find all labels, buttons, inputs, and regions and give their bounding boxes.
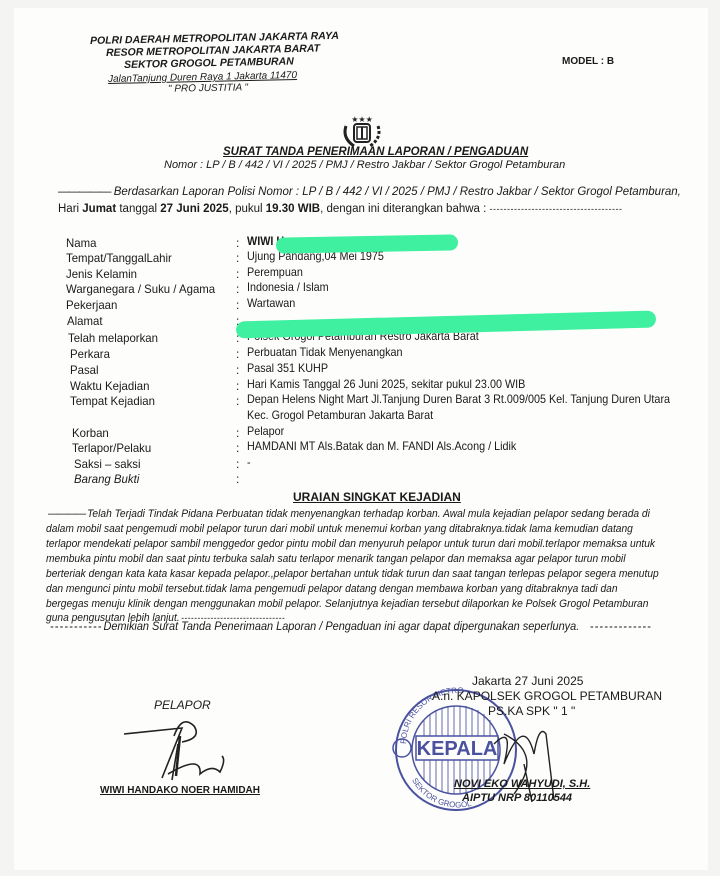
field-colon: : (236, 236, 239, 250)
signer-rank-nrp: AIPTU NRP 80110544 (462, 792, 572, 804)
field-label: Warganegara / Suku / Agama (66, 282, 215, 296)
pelapor-signature-icon (122, 716, 232, 786)
signer-role-1: A.n. KAPOLSEK GROGOL PETAMBURAN (432, 689, 662, 703)
pelapor-name: WIWI HANDAKO NOER HAMIDAH (100, 785, 260, 796)
field-label: Jenis Kelamin (66, 267, 137, 281)
field-value: Pelapor (247, 424, 284, 438)
field-value: Indonesia / Islam (247, 280, 329, 294)
uraian-line: terlapor mendekati pelapor sambil mengge… (46, 538, 655, 550)
uraian-line: bergegas menuju klinik dengan menggunaka… (46, 598, 648, 610)
field-label: Saksi – saksi (74, 457, 141, 471)
field-value: Perempuan (247, 265, 303, 279)
pelapor-label: PELAPOR (154, 698, 211, 712)
pro-justitia: " PRO JUSTITIA " (168, 82, 248, 94)
field-colon: : (236, 394, 239, 408)
signer-name: NOVI EKO WAHYUDI, S.H. (454, 778, 590, 790)
field-colon: : (236, 363, 239, 377)
uraian-line: dalam mobil saat pengemudi mobil pelapor… (46, 523, 633, 535)
report-day: Jumat (82, 203, 116, 215)
field-colon: : (236, 441, 239, 455)
field-label: Terlapor/Pelaku (72, 441, 151, 455)
field-colon: : (236, 347, 239, 361)
field-value: - (247, 455, 251, 469)
field-label: Tempat Kejadian (70, 394, 155, 408)
field-label: Telah melaporkan (68, 331, 158, 345)
field-colon: : (236, 472, 239, 486)
field-value: Hari Kamis Tanggal 26 Juni 2025, sekitar… (247, 377, 525, 391)
uraian-line: ———— Telah Terjadi Tindak Pidana Perbuat… (48, 508, 650, 520)
uraian-line: dan mengunci pintu mobil tersebut.tidak … (46, 583, 618, 595)
intro-line-1: ————— Berdasarkan Laporan Polisi Nomor :… (58, 186, 681, 198)
field-colon: : (236, 426, 239, 440)
field-colon: : (236, 267, 239, 281)
field-label: Nama (66, 236, 96, 250)
document-title: SURAT TANDA PENERIMAAN LAPORAN / PENGADU… (223, 146, 528, 158)
sign-place-date: Jakarta 27 Juni 2025 (472, 674, 583, 688)
polri-emblem-icon: ★★★ (340, 112, 384, 150)
field-colon: : (236, 298, 239, 312)
field-label: Korban (72, 426, 109, 440)
uraian-line: berteriak dengan kata kata kasar kepada … (46, 568, 659, 580)
field-label: Waktu Kejadian (70, 379, 149, 393)
field-colon: : (236, 457, 239, 471)
document-number: Nomor : LP / B / 442 / VI / 2025 / PMJ /… (164, 159, 565, 171)
org-line-3: SEKTOR GROGOL PETAMBURAN (124, 55, 294, 71)
uraian-title: URAIAN SINGKAT KEJADIAN (293, 490, 461, 504)
intro-line-1-text: Berdasarkan Laporan Polisi Nomor : LP / … (114, 186, 681, 198)
report-time: 19.30 WIB (266, 203, 320, 215)
field-value: Perbuatan Tidak Menyenangkan (247, 345, 403, 359)
field-label: Pasal (70, 363, 99, 377)
field-label: Alamat (67, 314, 102, 328)
field-value: Wartawan (247, 296, 295, 310)
field-label: Perkara (70, 347, 110, 361)
field-colon: : (236, 282, 239, 296)
model-label: MODEL : B (562, 56, 614, 67)
uraian-line: membuka pintu mobil dan saat pintu terbu… (46, 553, 625, 565)
report-date: 27 Juni 2025 (160, 203, 228, 215)
field-value-continued: Kec. Grogol Petamburan Jakarta Barat (247, 408, 433, 422)
svg-text:★★★: ★★★ (351, 115, 373, 124)
field-label: Tempat/TanggalLahir (66, 251, 172, 265)
signer-role-2: PS.KA SPK " 1 " (488, 704, 575, 718)
field-value: Depan Helens Night Mart Jl.Tanjung Duren… (247, 392, 670, 406)
field-value: Pasal 351 KUHP (247, 361, 328, 375)
field-label: Pekerjaan (66, 298, 117, 312)
police-report-document: POLRI DAERAH METROPOLITAN JAKARTA RAYA R… (14, 8, 708, 870)
field-label: Barang Bukti (74, 472, 139, 486)
field-colon: : (236, 379, 239, 393)
field-value: HAMDANI MT Als.Batak dan M. FANDI Als.Ac… (247, 439, 516, 453)
redaction-name (276, 234, 458, 253)
closing-statement: - - - - - - - - - - - Demikian Surat Tan… (50, 621, 650, 633)
field-colon: : (236, 251, 239, 265)
intro-line-2: Hari Jumat tanggal 27 Juni 2025, pukul 1… (58, 203, 621, 215)
